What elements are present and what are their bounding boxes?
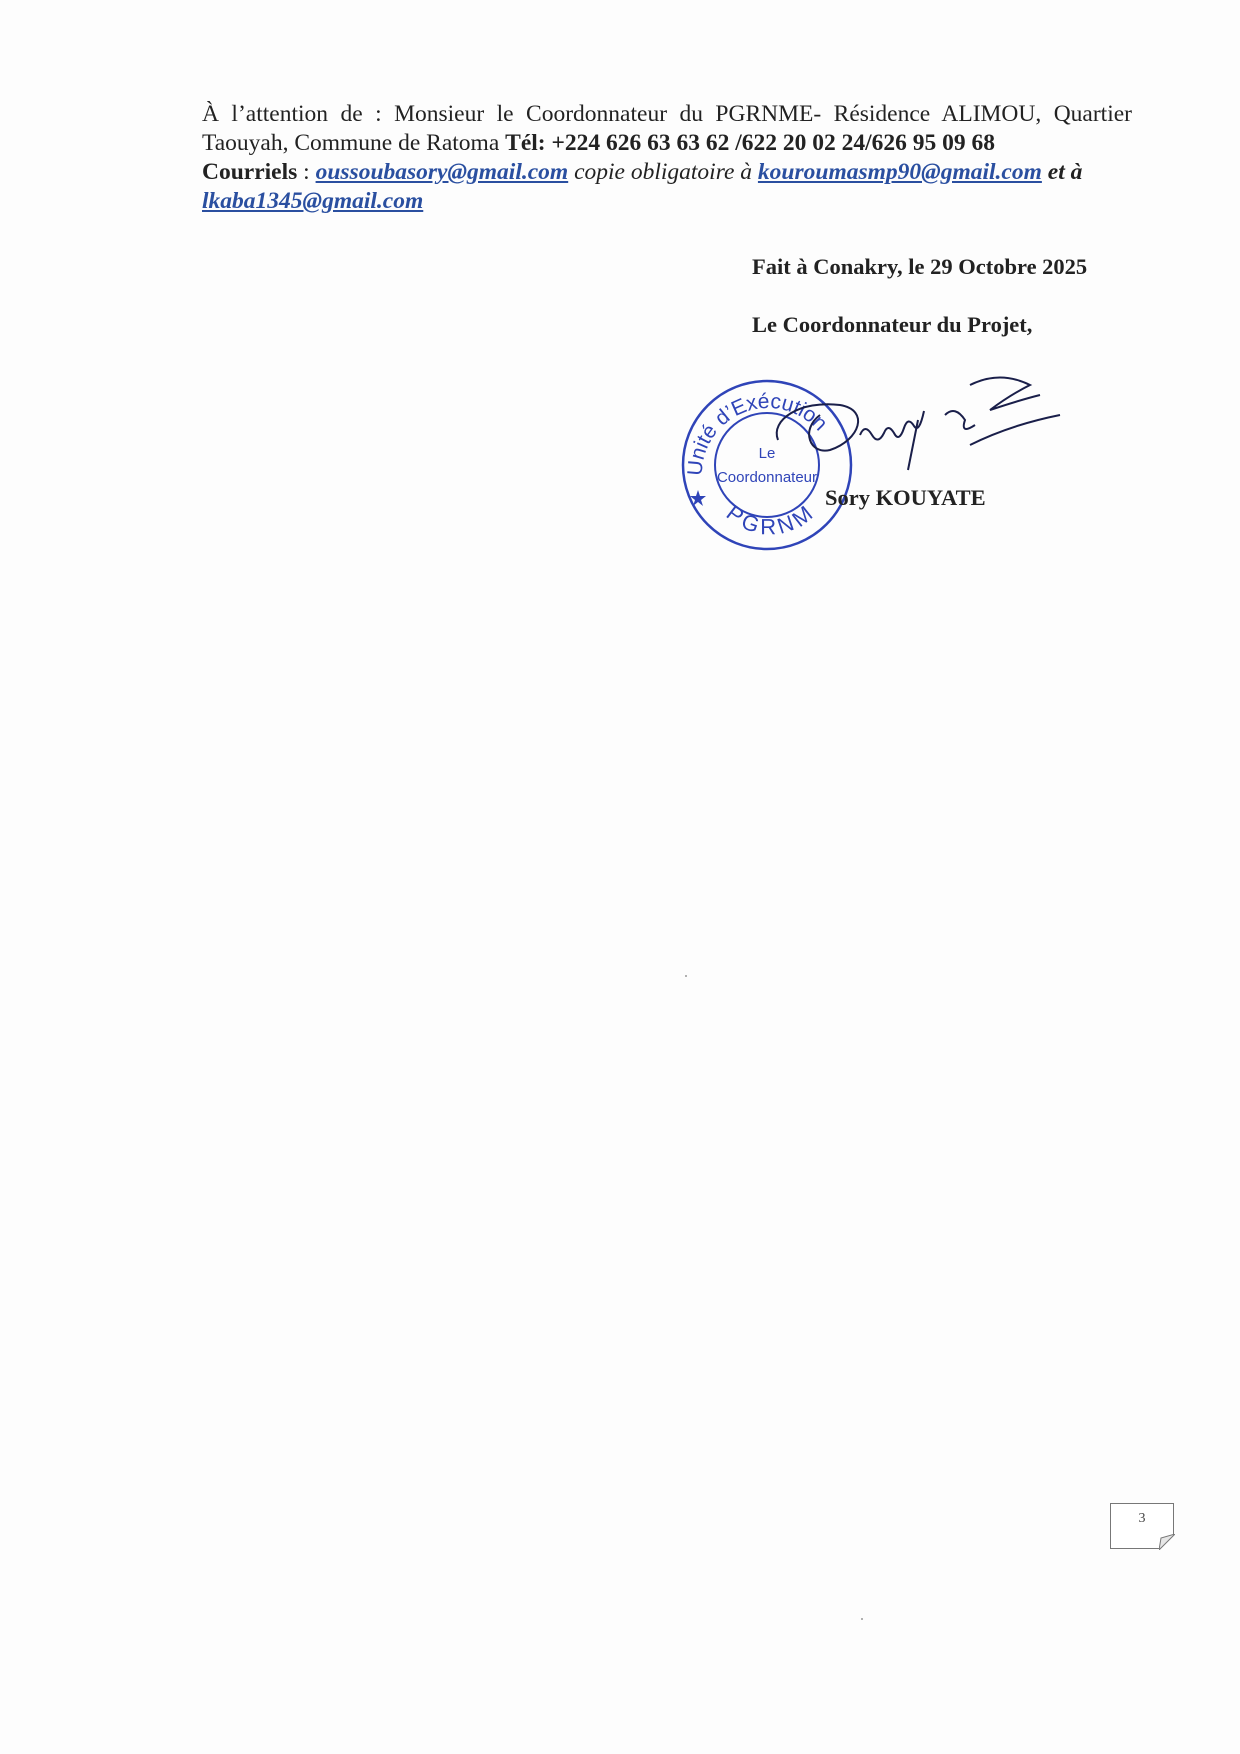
signature xyxy=(760,360,1080,480)
scan-speck xyxy=(685,975,687,977)
signatory-role: Le Coordonnateur du Projet, xyxy=(752,312,1032,338)
email-link-primary[interactable]: oussoubasory@gmail.com xyxy=(316,159,569,185)
copy-text: copie obligatoire à xyxy=(568,159,758,185)
page-fold-icon xyxy=(1159,1534,1175,1550)
page-number-box: 3 xyxy=(1110,1503,1174,1549)
page-number: 3 xyxy=(1139,1511,1146,1526)
tel-numbers: +224 626 63 63 62 /622 20 02 24/626 95 0… xyxy=(551,130,995,156)
signatory-name: Sory KOUYATE xyxy=(825,485,986,511)
emails-label: Courriels xyxy=(202,159,297,185)
place-date: Fait à Conakry, le 29 Octobre 2025 xyxy=(752,254,1087,280)
email-link-copy-1[interactable]: kouroumasmp90@gmail.com xyxy=(758,159,1042,185)
recipient-address-block: À l’attention de : Monsieur le Coordonna… xyxy=(202,100,1132,216)
email-link-copy-2[interactable]: lkaba1345@gmail.com xyxy=(202,188,423,214)
scan-speck xyxy=(861,1618,863,1620)
and-text: et à xyxy=(1042,159,1082,185)
tel-label: Tél: xyxy=(505,130,551,156)
emails-separator: : xyxy=(297,159,315,185)
